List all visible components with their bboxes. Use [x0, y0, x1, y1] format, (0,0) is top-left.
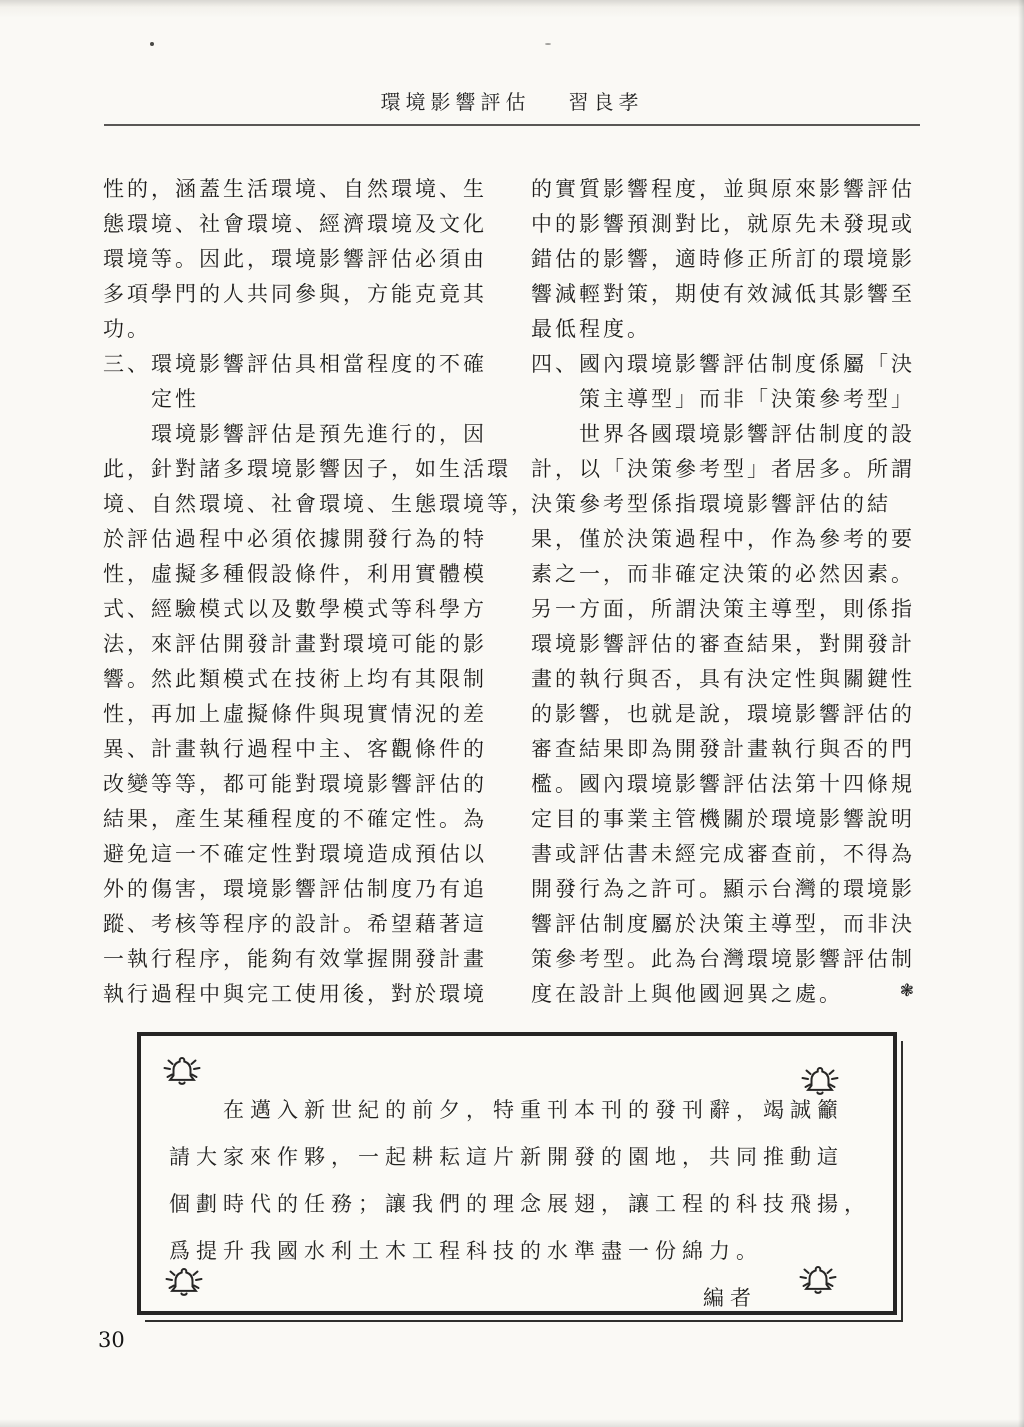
- text-line: 響。然此類模式在技術上均有其限制: [103, 662, 507, 697]
- text-line: 性，虛擬多種假設條件，利用實體模: [103, 557, 507, 592]
- text-line: 多項學門的人共同參與，方能克竟其: [103, 277, 507, 312]
- article-title: 環境影響評估: [381, 90, 531, 114]
- text-line: 環境等。因此，環境影響評估必須由: [103, 242, 507, 277]
- text-line: 審查結果即為開發計畫執行與否的門: [531, 732, 935, 767]
- scan-speck: [545, 43, 551, 45]
- editor-notice-box: 在邁入新世紀的前夕，特重刊本刊的發刊辭，竭誠籲請大家來作夥，一起耕耘這片新開發的…: [137, 1032, 897, 1315]
- text-line: 世界各國環境影響評估制度的設: [531, 417, 935, 452]
- text-line: 境、自然環境、社會環境、生態環境等，: [103, 487, 507, 522]
- text-line: 開發行為之許可。顯示台灣的環境影: [531, 872, 935, 907]
- scanned-journal-page: { "header": { "title": "環境影響評估", "author…: [0, 0, 1024, 1427]
- scan-edge-shadow-right: [1018, 0, 1024, 1427]
- text-line: 另一方面，所謂決策主導型，則係指: [531, 592, 935, 627]
- text-line: 於評估過程中必須依據開發行為的特: [103, 522, 507, 557]
- text-line: 環境影響評估是預先進行的，因: [103, 417, 507, 452]
- text-line: 的影響，也就是說，環境影響評估的: [531, 697, 935, 732]
- text-line: 外的傷害，環境影響評估制度乃有追: [103, 872, 507, 907]
- text-line: 改變等等，都可能對環境影響評估的: [103, 767, 507, 802]
- text-line: 果，僅於決策過程中，作為參考的要: [531, 522, 935, 557]
- text-line: 性，再加上虛擬條件與現實情況的差: [103, 697, 507, 732]
- text-line: 請大家來作夥，一起耕耘這片新開發的園地，共同推動這: [169, 1141, 865, 1188]
- editor-signature: 編者: [169, 1282, 865, 1322]
- text-line: 策參考型。此為台灣環境影響評估制: [531, 942, 935, 977]
- text-line: 的實質影響程度，並與原來影響評估: [531, 172, 935, 207]
- text-line: 蹤、考核等程序的設計。希望藉著這: [103, 907, 507, 942]
- text-line: 響評估制度屬於決策主導型，而非決: [531, 907, 935, 942]
- text-line: 個劃時代的任務；讓我們的理念展翅，讓工程的科技飛揚，: [169, 1188, 865, 1235]
- text-line: 響減輕對策，期使有效減低其影響至: [531, 277, 935, 312]
- notice-text: 在邁入新世紀的前夕，特重刊本刊的發刊辭，竭誠籲請大家來作夥，一起耕耘這片新開發的…: [169, 1094, 865, 1282]
- text-line: 執行過程中與完工使用後，對於環境: [103, 977, 507, 1012]
- text-line: 三、環境影響評估具相當程度的不確: [103, 347, 507, 382]
- text-line: 在邁入新世紀的前夕，特重刊本刊的發刊辭，竭誠籲: [169, 1094, 865, 1141]
- author-name: 習良孝: [569, 90, 644, 114]
- page-number: 30: [98, 1328, 125, 1352]
- scan-edge-shadow-bottom: [0, 1419, 1024, 1427]
- text-line: 檻。國內環境影響評估法第十四條規: [531, 767, 935, 802]
- header-divider-line: [104, 124, 920, 126]
- text-column-right-lines: 的實質影響程度，並與原來影響評估中的影響預測對比，就原先未發現或錯估的影響，適時…: [531, 172, 935, 1012]
- text-line: 此，針對諸多環境影響因子，如生活環: [103, 452, 507, 487]
- text-line: 異、計畫執行過程中主、客觀條件的: [103, 732, 507, 767]
- text-line: 度在設計上與他國迥異之處。: [531, 977, 935, 1012]
- text-line: 策主導型」而非「決策參考型」: [531, 382, 935, 417]
- text-line: 錯估的影響，適時修正所訂的環境影: [531, 242, 935, 277]
- text-line: 定目的事業主管機關於環境影響說明: [531, 802, 935, 837]
- text-line: 環境影響評估的審查結果，對開發計: [531, 627, 935, 662]
- text-line: 式、經驗模式以及數學模式等科學方: [103, 592, 507, 627]
- text-line: 中的影響預測對比，就原先未發現或: [531, 207, 935, 242]
- text-line: 定性: [103, 382, 507, 417]
- text-line: 素之一，而非確定決策的必然因素。: [531, 557, 935, 592]
- text-line: 書或評估書未經完成審查前，不得為: [531, 837, 935, 872]
- running-header: 環境影響評估習良孝: [0, 86, 1024, 115]
- text-line: 畫的執行與否，具有決定性與關鍵性: [531, 662, 935, 697]
- article-end-ornament: ❃: [900, 974, 917, 1009]
- text-line: 決策參考型係指環境影響評估的結: [531, 487, 935, 522]
- text-line: 功。: [103, 312, 507, 347]
- bell-icon: [797, 1060, 843, 1102]
- text-line: 爲提升我國水利土木工程科技的水準盡一份綿力。: [169, 1235, 865, 1282]
- scan-speck: [150, 42, 154, 46]
- text-line: 避免這一不確定性對環境造成預估以: [103, 837, 507, 872]
- text-column-right: 的實質影響程度，並與原來影響評估中的影響預測對比，就原先未發現或錯估的影響，適時…: [531, 172, 935, 1012]
- text-line: 性的，涵蓋生活環境、自然環境、生: [103, 172, 507, 207]
- text-line: 一執行程序，能夠有效掌握開發計畫: [103, 942, 507, 977]
- text-line: 法，來評估開發計畫對環境可能的影: [103, 627, 507, 662]
- text-line: 最低程度。: [531, 312, 935, 347]
- text-line: 態環境、社會環境、經濟環境及文化: [103, 207, 507, 242]
- text-line: 結果，產生某種程度的不確定性。為: [103, 802, 507, 837]
- bell-icon: [159, 1050, 205, 1092]
- text-column-left: 性的，涵蓋生活環境、自然環境、生態環境、社會環境、經濟環境及文化環境等。因此，環…: [103, 172, 507, 1012]
- text-line: 計，以「決策參考型」者居多。所謂: [531, 452, 935, 487]
- bell-icon: [795, 1259, 841, 1301]
- text-line: 四、國內環境影響評估制度係屬「決: [531, 347, 935, 382]
- bell-icon: [161, 1261, 207, 1303]
